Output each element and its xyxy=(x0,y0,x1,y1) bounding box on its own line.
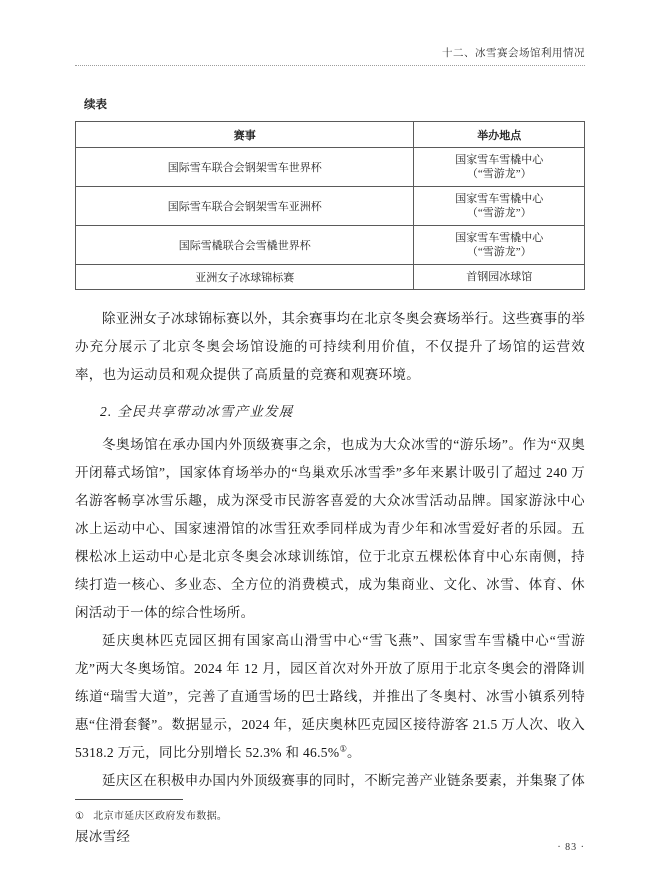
footnote-area: ①北京市延庆区政府发布数据。 xyxy=(75,799,585,822)
footnote-reference: ① xyxy=(339,744,347,754)
venue-nickname: （“雪游龙”） xyxy=(420,167,578,181)
footnote-text: 北京市延庆区政府发布数据。 xyxy=(93,811,227,822)
column-header-event: 赛事 xyxy=(76,122,414,148)
venues-table: 赛事 举办地点 国际雪车联合会钢架雪车世界杯 国家雪车雪橇中心 （“雪游龙”） … xyxy=(75,121,585,290)
section-heading: 2. 全民共享带动冰雪产业发展 xyxy=(75,398,585,426)
event-cell: 亚洲女子冰球锦标赛 xyxy=(76,265,414,290)
venue-name: 国家雪车雪橇中心 xyxy=(420,153,578,167)
table-header-row: 赛事 举办地点 xyxy=(76,122,585,148)
paragraph-venues-public: 冬奥场馆在承办国内外顶级赛事之余，也成为大众冰雪的“游乐场”。作为“双奥开闭幕式… xyxy=(75,431,585,627)
paragraph-yanqing-suffix: 。 xyxy=(347,745,361,760)
running-header: 十二、冰雪赛会场馆利用情况 xyxy=(75,0,585,60)
continued-table-label: 续表 xyxy=(84,96,585,112)
table-row: 亚洲女子冰球锦标赛 首钢园冰球馆 xyxy=(76,265,585,290)
table-row: 国际雪车联合会钢架雪车亚洲杯 国家雪车雪橇中心 （“雪游龙”） xyxy=(76,187,585,226)
page-number: · 83 · xyxy=(557,842,585,853)
table-row: 国际雪车联合会钢架雪车世界杯 国家雪车雪橇中心 （“雪游龙”） xyxy=(76,148,585,187)
venue-cell: 国家雪车雪橇中心 （“雪游龙”） xyxy=(414,187,585,226)
paragraph-yanqing-text: 延庆奥林匹克园区拥有国家高山滑雪中心“雪飞燕”、国家雪车雪橇中心“雪游龙”两大冬… xyxy=(75,633,585,760)
document-page: 十二、冰雪赛会场馆利用情况 续表 赛事 举办地点 国际雪车联合会钢架雪车世界杯 … xyxy=(0,0,660,896)
event-cell: 国际雪车联合会钢架雪车亚洲杯 xyxy=(76,187,414,226)
venue-cell: 国家雪车雪橇中心 （“雪游龙”） xyxy=(414,226,585,265)
footnote: ①北京市延庆区政府发布数据。 xyxy=(75,807,585,822)
venue-nickname: （“雪游龙”） xyxy=(420,206,578,220)
paragraph-yanqing-park: 延庆奥林匹克园区拥有国家高山滑雪中心“雪飞燕”、国家雪车雪橇中心“雪游龙”两大冬… xyxy=(75,627,585,767)
header-rule xyxy=(75,65,585,66)
venue-name: 国家雪车雪橇中心 xyxy=(420,192,578,206)
footnote-rule xyxy=(75,799,183,800)
venue-nickname: （“雪游龙”） xyxy=(420,245,578,259)
paragraph-summary: 除亚洲女子冰球锦标赛以外，其余赛事均在北京冬奥会赛场举行。这些赛事的举办充分展示… xyxy=(75,305,585,389)
table-row: 国际雪橇联合会雪橇世界杯 国家雪车雪橇中心 （“雪游龙”） xyxy=(76,226,585,265)
venue-cell: 国家雪车雪橇中心 （“雪游龙”） xyxy=(414,148,585,187)
event-cell: 国际雪橇联合会雪橇世界杯 xyxy=(76,226,414,265)
venue-name: 首钢园冰球馆 xyxy=(420,270,578,284)
venue-cell: 首钢园冰球馆 xyxy=(414,265,585,290)
footnote-marker: ① xyxy=(75,811,84,822)
venue-name: 国家雪车雪橇中心 xyxy=(420,231,578,245)
event-cell: 国际雪车联合会钢架雪车世界杯 xyxy=(76,148,414,187)
column-header-venue: 举办地点 xyxy=(414,122,585,148)
